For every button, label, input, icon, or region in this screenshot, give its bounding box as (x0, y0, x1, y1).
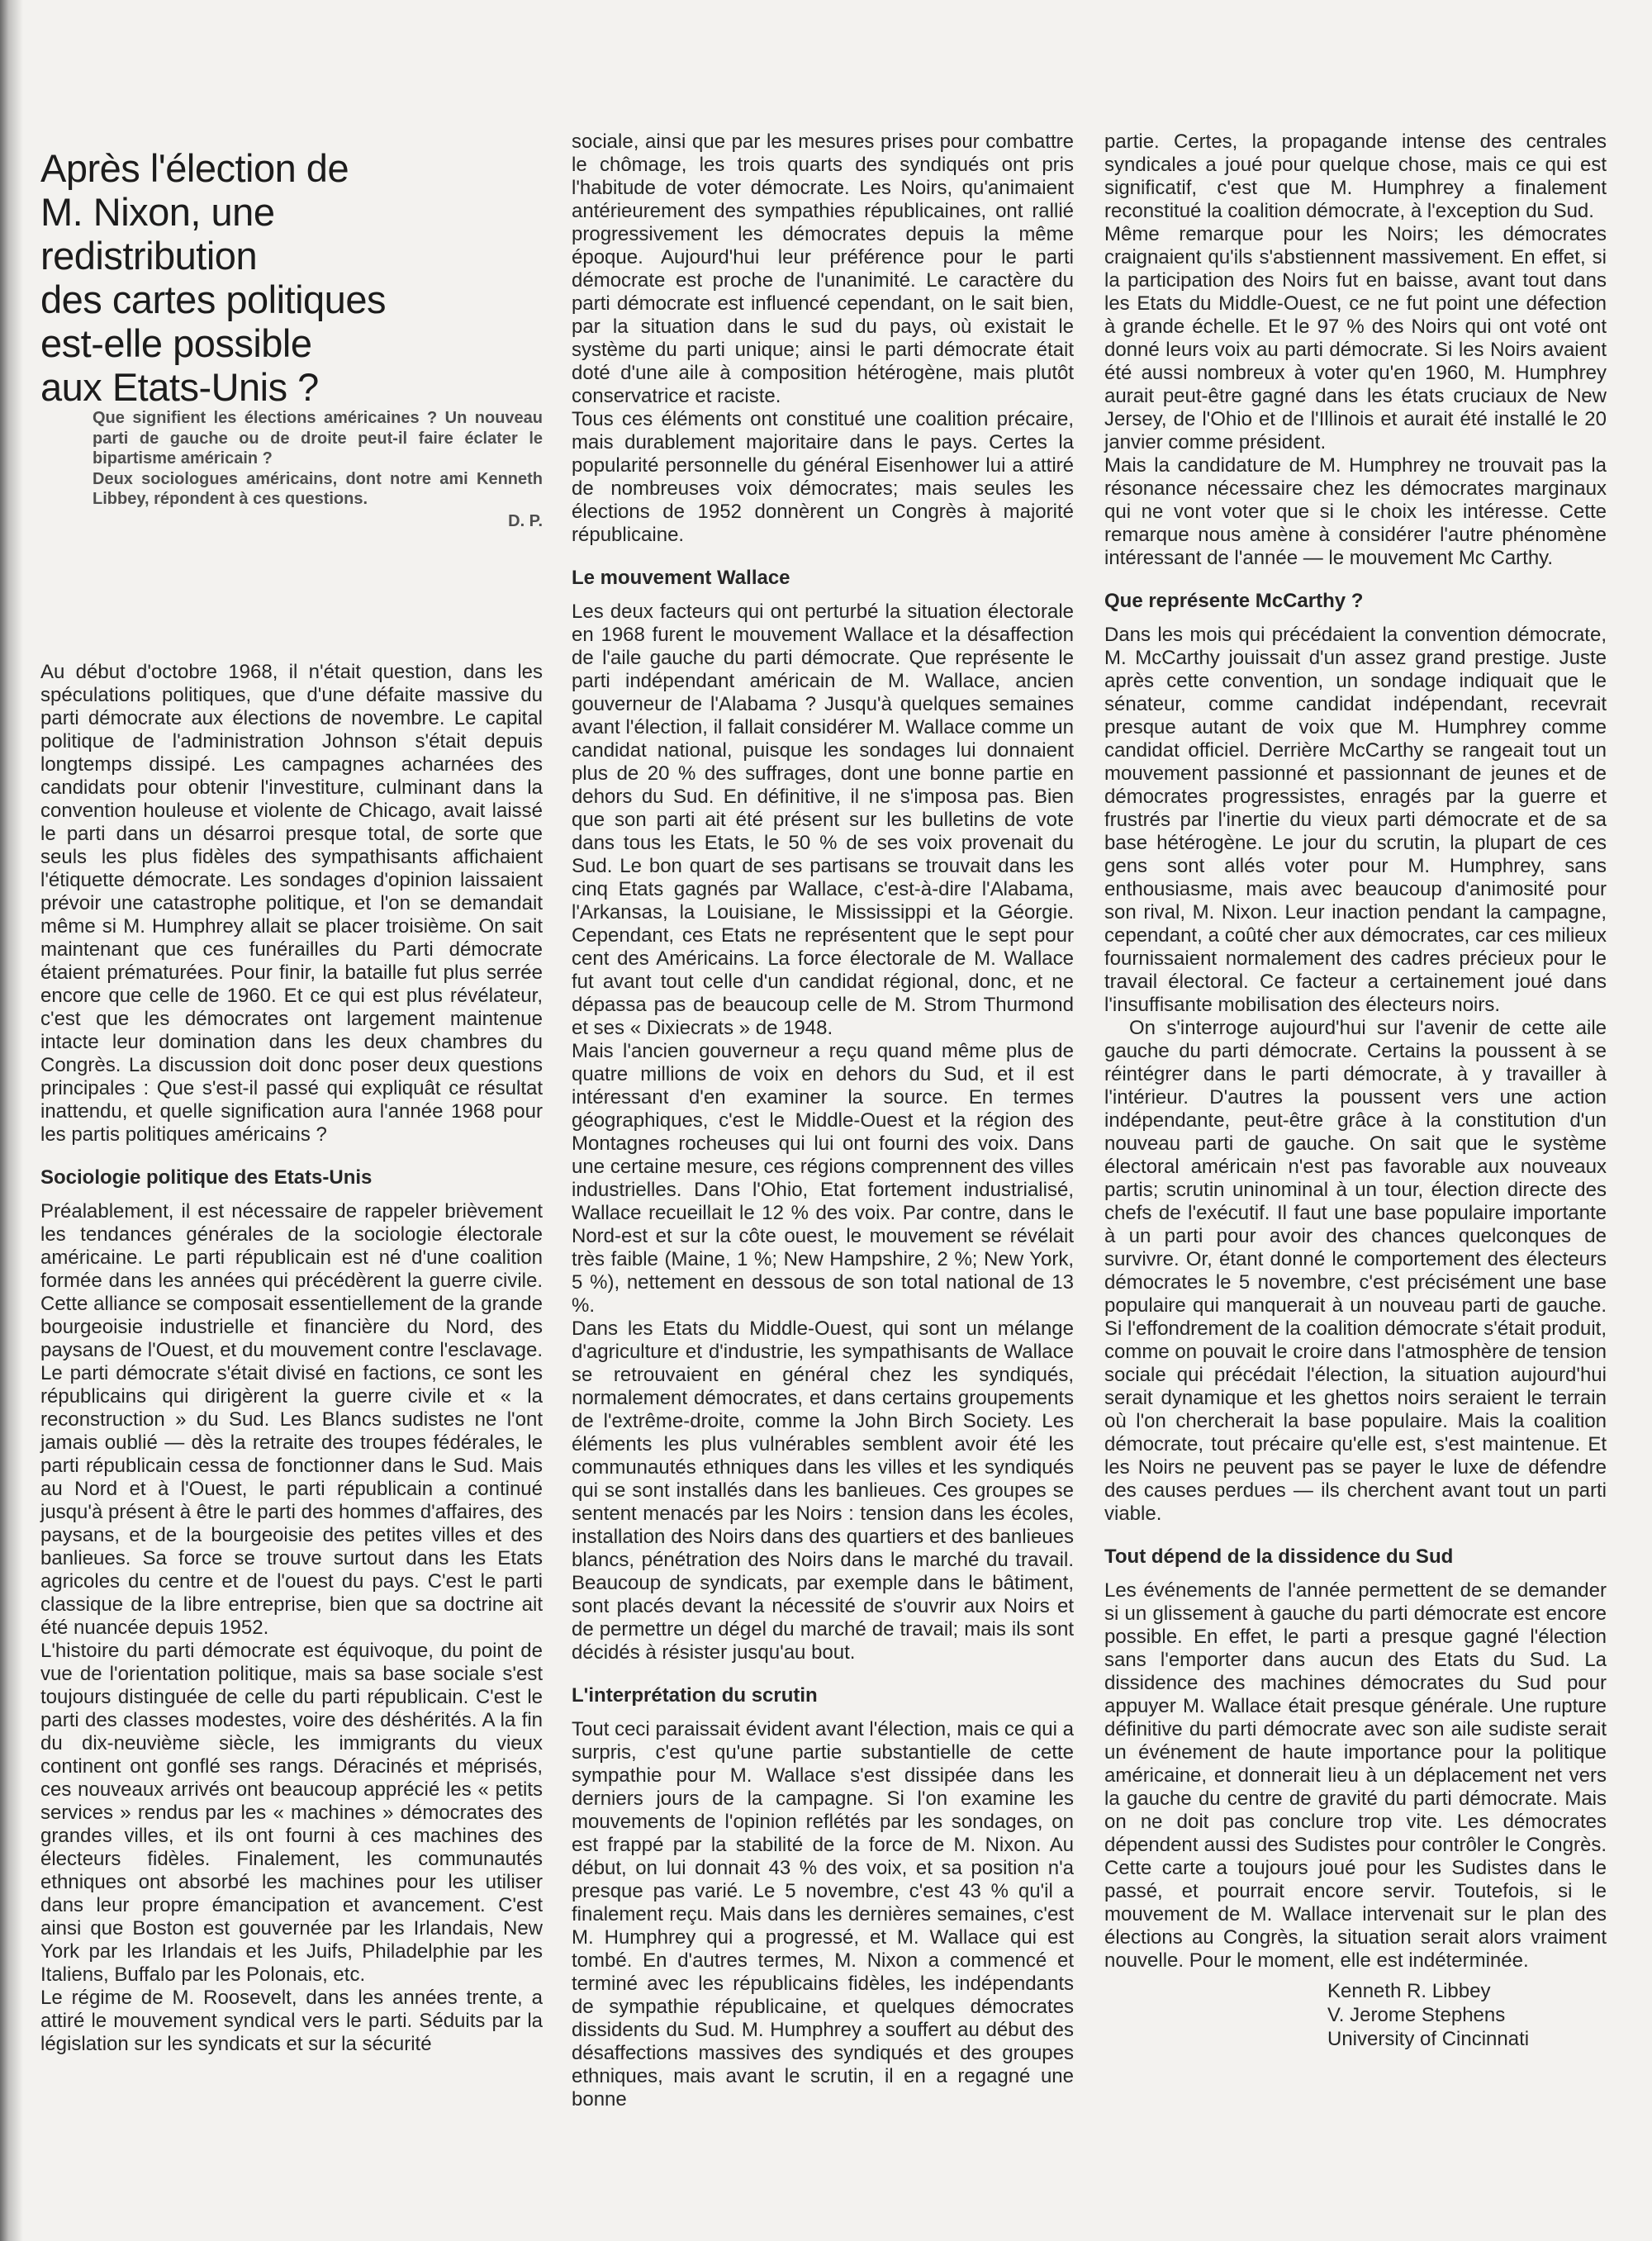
paragraph: Au début d'octobre 1968, il n'était ques… (40, 661, 543, 1147)
paragraph: Préalablement, il est nécessaire de rapp… (40, 1200, 543, 1640)
signature-line: Kenneth R. Libbey (1327, 1979, 1607, 2003)
column-2: sociale, ainsi que par les mesures prise… (572, 131, 1074, 2111)
magazine-page: Après l'élection de M. Nixon, une redist… (0, 0, 1652, 2241)
section-heading: Tout dépend de la dissidence du Sud (1104, 1545, 1607, 1569)
section-heading: Le mouvement Wallace (572, 567, 1074, 590)
paragraph: L'histoire du parti démocrate est équivo… (40, 1640, 543, 1987)
section-heading: Que représente McCarthy ? (1104, 590, 1607, 613)
scan-edge-shadow (0, 0, 23, 2241)
paragraph: partie. Certes, la propagande intense de… (1104, 131, 1607, 223)
paragraph: Tout ceci paraissait évident avant l'éle… (572, 1718, 1074, 2111)
signature-line: University of Cincinnati (1327, 2027, 1607, 2051)
paragraph: Dans les mois qui précédaient la convent… (1104, 624, 1607, 1017)
paragraph: On s'interroge aujourd'hui sur l'avenir … (1104, 1017, 1607, 1526)
section-heading: Sociologie politique des Etats-Unis (40, 1166, 543, 1189)
paragraph: Le régime de M. Roosevelt, dans les anné… (40, 1987, 543, 2056)
signature-line: V. Jerome Stephens (1327, 2003, 1607, 2027)
article-standfirst: Que signifient les élections américaines… (93, 408, 543, 510)
paragraph: Même remarque pour les Noirs; les démocr… (1104, 223, 1607, 454)
article-title: Après l'élection de M. Nixon, une redist… (40, 146, 536, 409)
section-heading: L'interprétation du scrutin (572, 1684, 1074, 1707)
paragraph: Tous ces éléments ont constitué une coal… (572, 408, 1074, 547)
paragraph: Les événements de l'année permettent de … (1104, 1579, 1607, 1973)
editor-byline: D. P. (93, 511, 543, 532)
paragraph: Les deux facteurs qui ont perturbé la si… (572, 601, 1074, 1040)
paragraph: Mais l'ancien gouverneur a reçu quand mê… (572, 1040, 1074, 1318)
standfirst-block: Que signifient les élections américaines… (93, 408, 543, 531)
column-1: Au début d'octobre 1968, il n'était ques… (40, 661, 543, 2056)
paragraph: Dans les Etats du Middle-Ouest, qui sont… (572, 1318, 1074, 1664)
paragraph: Mais la candidature de M. Humphrey ne tr… (1104, 454, 1607, 570)
column-3: partie. Certes, la propagande intense de… (1104, 131, 1607, 2051)
paragraph: sociale, ainsi que par les mesures prise… (572, 131, 1074, 408)
signature-block: Kenneth R. LibbeyV. Jerome StephensUnive… (1104, 1979, 1607, 2051)
